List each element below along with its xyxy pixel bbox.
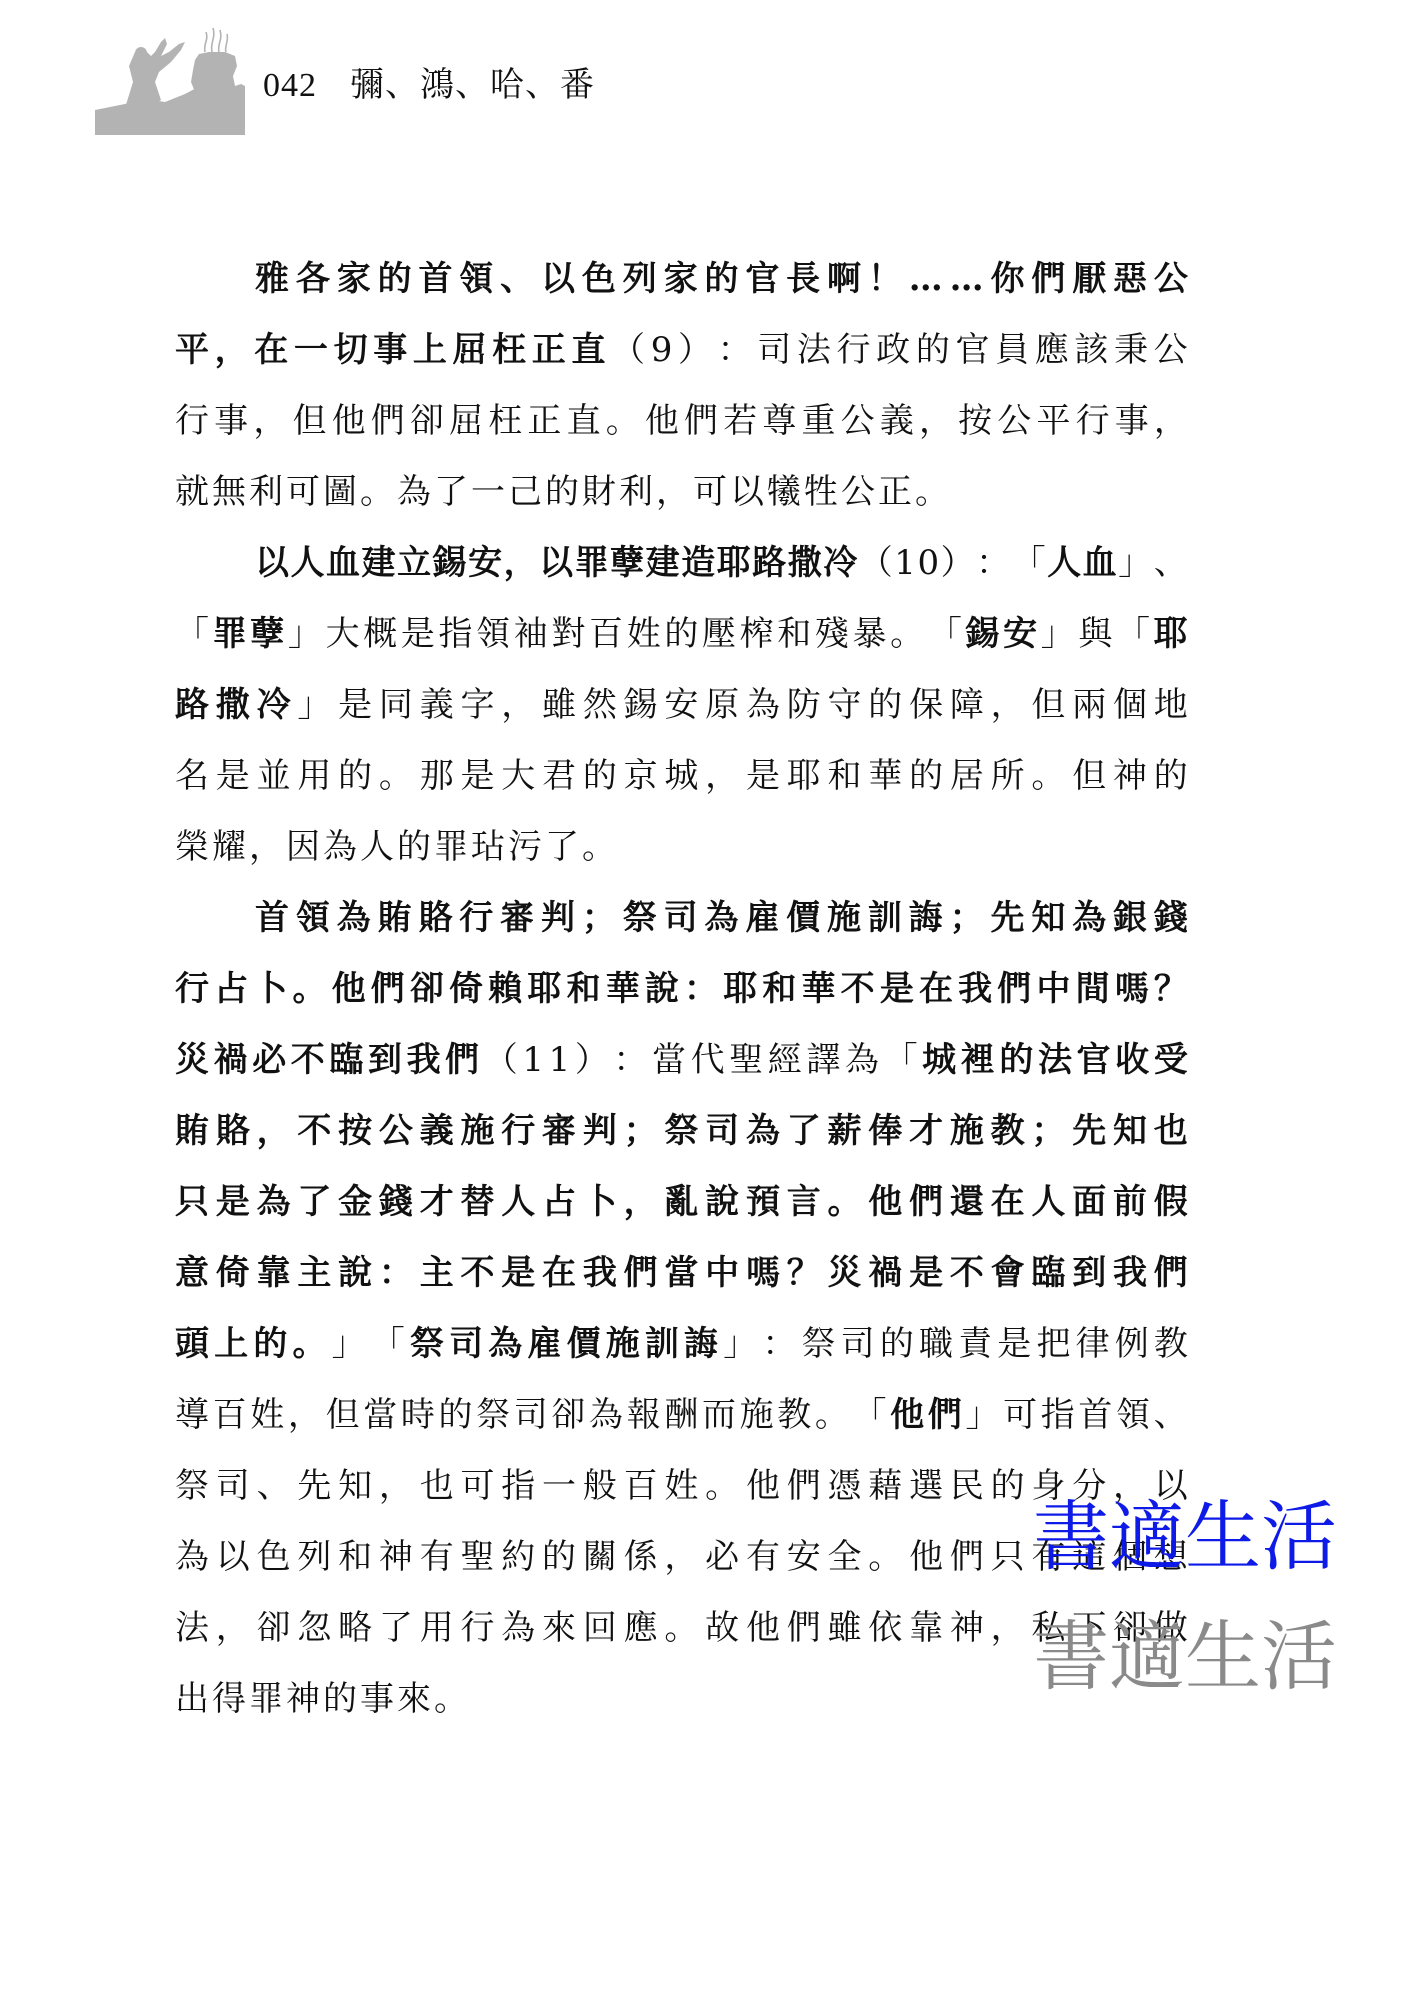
char: 玷 [471,821,505,892]
char: ， [501,679,535,750]
char: 該 [1074,324,1108,395]
char: 「 [175,608,209,679]
char: 為 [501,1602,535,1673]
bold-char: 冷 [257,679,291,750]
char: 了 [545,821,579,892]
char: 可 [460,1460,494,1531]
bold-char: 倚 [449,963,483,1034]
text-line: 導百姓，但當時的祭司卻為報酬而施教。「他們」可指首領、 [175,1389,1188,1460]
text-line: 行事，但他們卻屈枉正直。他們若尊重公義，按公平行事， [175,395,1188,466]
bold-char: 會 [991,1247,1025,1318]
bold-char: … [950,253,984,324]
char: 百 [589,608,623,679]
bold-char: ： [379,1247,413,1318]
bold-char: 司 [449,1318,483,1389]
char: 地 [1154,679,1188,750]
bold-char: 亂 [664,1176,698,1247]
bold-char: 為 [746,1105,780,1176]
bold-char: 罪 [213,608,247,679]
char: ， [664,1531,698,1602]
text-line: 只是為了金錢才替人占卜，亂說預言。他們還在人面前假 [175,1176,1188,1247]
bold-char: 直 [571,324,605,395]
bold-char: 們 [445,1034,479,1105]
bold-char: 施 [606,1318,640,1389]
char: ： [976,537,1010,608]
bold-char: 撒 [216,679,250,750]
char: 「 [1116,608,1150,679]
bold-char: 占 [542,1176,576,1247]
char: 公 [997,395,1031,466]
bold-char: 也 [1154,1105,1188,1176]
bold-char: 不 [297,1105,331,1176]
bold-char: 建 [646,537,680,608]
char: 是 [997,1318,1031,1389]
bold-char: 家 [664,253,698,324]
char: 榨 [740,608,774,679]
char: 「 [1012,537,1046,608]
char: 有 [420,1531,454,1602]
bold-char: 祭 [410,1318,444,1389]
char: ： [762,1318,796,1389]
char: 是 [401,608,435,679]
bold-char: 行 [175,963,209,1034]
char: 罪 [249,1673,283,1744]
bold-char: 人 [1031,1176,1065,1247]
char: 、 [257,1460,291,1531]
char: 就 [175,466,209,537]
char: ， [1154,395,1188,466]
char: 耀 [212,821,246,892]
text-line: 雅各家的首領、以色列家的官長啊！……你們厭惡公 [175,253,1188,324]
char: 約 [501,1531,535,1602]
bold-char: 領 [459,253,493,324]
char: 。 [890,608,924,679]
char: 略 [338,1602,372,1673]
text-line: 路撒冷」是同義字，雖然錫安原為防守的保障，但兩個地 [175,679,1188,750]
char: 是 [216,750,250,821]
char: 領 [1116,1389,1150,1460]
char: 以 [216,1531,250,1602]
char: 義 [880,395,914,466]
bold-char: 在 [991,1176,1025,1247]
bold-char: ， [624,1176,658,1247]
bold-char: 為 [1072,892,1106,963]
char: 秉 [1114,324,1148,395]
char: 責 [958,1318,992,1389]
char: 安 [664,679,698,750]
bold-char: 嗎 [1115,963,1149,1034]
bold-char: 知 [1113,1105,1147,1176]
char: 己 [508,466,542,537]
char: 9 [651,324,673,395]
char: 、 [1154,1389,1188,1460]
char: 故 [705,1602,739,1673]
char: 的 [583,750,617,821]
bold-char: 雅 [255,253,289,324]
char: 為 [397,466,431,537]
char: ） [941,537,975,608]
char: 律 [1076,1318,1110,1389]
char: 因 [286,821,320,892]
char: 法 [175,1602,209,1673]
char: 首 [1078,1389,1112,1460]
text-line: 意倚靠主說：主不是在我們當中嗎？災禍是不會臨到我們 [175,1247,1188,1318]
char: 列 [297,1531,331,1602]
bold-char: 人 [1047,537,1081,608]
char: 並 [257,750,291,821]
char: 當 [652,1034,686,1105]
bold-char: 雇 [527,1318,561,1389]
char: 直 [567,395,601,466]
bold-char: 公 [1154,253,1188,324]
char: 個 [1113,679,1147,750]
bold-char: 卜 [253,963,287,1034]
bold-char: 啊 [827,253,861,324]
char: 員 [995,324,1029,395]
char: 的 [397,821,431,892]
char: 1 [894,537,916,608]
char: 應 [1035,324,1069,395]
char: ， [656,466,690,537]
char: 忽 [297,1602,331,1673]
char: 雖 [828,1602,862,1673]
bold-char: 賴 [488,963,522,1034]
bold-char: 和 [567,963,601,1034]
bold-char: 我 [583,1247,617,1318]
char: 「 [884,1034,918,1105]
bold-char: 禍 [214,1034,248,1105]
bold-char: 他 [868,1176,902,1247]
bold-char: 中 [705,1247,739,1318]
char: 以 [730,466,764,537]
char: 必 [705,1531,739,1602]
bold-char: ， [257,1105,291,1176]
bold-char: 我 [958,963,992,1034]
char: 平 [1036,395,1070,466]
bold-char: 還 [950,1176,984,1247]
char: 司 [841,1318,875,1389]
char: 教 [777,1389,811,1460]
bold-char: 判 [541,892,575,963]
char: 神 [1113,750,1147,821]
char: ， [288,1389,322,1460]
char: ， [705,750,739,821]
bold-char: 審 [542,1105,576,1176]
char: 祭 [476,1389,510,1460]
char: ） [678,324,712,395]
page-number: 042 [263,67,317,104]
bold-char: 列 [623,253,657,324]
bold-char: 說 [645,963,679,1034]
bold-char: 不 [460,1247,494,1318]
bold-char: 造 [681,537,715,608]
char: 京 [624,750,658,821]
char: 可 [1003,1389,1037,1460]
bold-char: 切 [334,324,368,395]
bold-char: 教 [991,1105,1025,1176]
bold-char: 不 [841,963,875,1034]
char: 他 [909,1531,943,1602]
bold-char: 色 [582,253,616,324]
char: 」 [1041,608,1075,679]
bold-char: 賂 [216,1105,250,1176]
char: 那 [420,750,454,821]
char: 們 [684,395,718,466]
char: 君 [542,750,576,821]
char: 得 [212,1673,246,1744]
bold-char: 知 [1031,892,1065,963]
bold-char: 為 [704,892,738,963]
char: 行 [460,1602,494,1673]
char: 選 [909,1460,943,1531]
bold-char: 司 [664,892,698,963]
char: 壓 [702,608,736,679]
char: 姓 [664,1460,698,1531]
char: 是 [460,750,494,821]
bold-char: 了 [787,1105,821,1176]
char: 和 [777,608,811,679]
char: 為 [175,1531,209,1602]
bold-char: … [909,253,943,324]
bold-char: 官 [1077,1034,1111,1105]
char: 」 [723,1318,757,1389]
char: 。 [664,1602,698,1673]
bold-char: 人 [501,1176,535,1247]
char: 人 [360,821,394,892]
char: 正 [527,395,561,466]
bold-char: ？ [787,1247,821,1318]
char: 的 [323,1673,357,1744]
char: 用 [297,750,331,821]
char: 色 [257,1531,291,1602]
char: 事 [214,395,248,466]
bold-char: 是 [909,1247,943,1318]
char: 原 [705,679,739,750]
char: 領 [476,608,510,679]
char: 。 [606,395,640,466]
bold-char: 先 [1072,1105,1106,1176]
bold-char: 誨 [909,892,943,963]
char: 罪 [434,821,468,892]
bold-char: 當 [664,1247,698,1318]
char: 。 [434,1673,468,1744]
bold-char: 錢 [1154,892,1188,963]
char: 的 [1154,750,1188,821]
char: 的 [664,608,698,679]
char: 一 [542,1460,576,1531]
char: 「 [853,1389,887,1460]
bold-char: 首 [255,892,289,963]
char: 了 [379,1602,413,1673]
bold-char: 是 [880,963,914,1034]
bold-char: 錫 [965,608,999,679]
bold-char: 屈 [452,324,486,395]
bold-char: ； [950,892,984,963]
bold-char: 的 [378,253,412,324]
bold-char: 行 [501,1105,535,1176]
bold-char: 撒 [788,537,822,608]
bold-char: 耶 [717,537,751,608]
bold-char: 預 [746,1176,780,1247]
bold-char: 血 [1083,537,1117,608]
char: 祭 [175,1460,209,1531]
bold-char: 卻 [410,963,444,1034]
text-line: 榮耀，因為人的罪玷污了。 [175,821,1188,892]
bold-char: 祭 [664,1105,698,1176]
bold-char: 長 [786,253,820,324]
text-line: 賄賂，不按公義施行審判；祭司為了薪俸才施教；先知也 [175,1105,1188,1176]
bold-char: 主 [297,1247,331,1318]
char: 官 [955,324,989,395]
text-line: 災禍必不臨到我們（11）：當代聖經譯為「城裡的法官收受 [175,1034,1188,1105]
bold-char: 法 [1038,1034,1072,1105]
bold-char: ； [582,892,616,963]
char: ， [216,1602,250,1673]
char: 祭 [802,1318,836,1389]
char: 但 [1072,750,1106,821]
bold-char: 公 [379,1105,413,1176]
char: 的 [909,750,943,821]
char: 。 [705,1460,739,1531]
char: 卻 [257,1602,291,1673]
bold-char: 言 [787,1176,821,1247]
char: 法 [797,324,831,395]
char: 的 [991,1460,1025,1531]
text-line: 就無利可圖。為了一己的財利，可以犧牲公正。 [175,466,1188,537]
char: 防 [787,679,821,750]
char: 指 [438,608,472,679]
bold-char: 城 [922,1034,956,1105]
char: 卻 [551,1389,585,1460]
char: 一 [471,466,505,537]
char: 公 [841,395,875,466]
bold-char: 一 [294,324,328,395]
bold-char: 惡 [1113,253,1147,324]
char: 司 [514,1389,548,1460]
char: 他 [746,1602,780,1673]
bold-char: 嗎 [746,1247,780,1318]
char: 應 [624,1602,658,1673]
char: 是 [746,750,780,821]
char: 行 [1076,395,1110,466]
char: 居 [950,750,984,821]
char: 雖 [542,679,576,750]
bold-char: 訓 [868,892,902,963]
bold-char: 審 [500,892,534,963]
char: 。 [1031,750,1065,821]
running-header: 042 彌、鴻、哈、番 [263,64,595,108]
char: 們 [950,1531,984,1602]
char: 的 [868,679,902,750]
char: 當 [363,1389,397,1460]
bold-char: 賂 [418,892,452,963]
bold-char: 罪 [575,537,609,608]
bold-char: 官 [745,253,779,324]
char: 對 [551,608,585,679]
bold-char: 誨 [684,1318,718,1389]
bold-char: 人 [291,537,325,608]
bold-char: 的 [999,1034,1033,1105]
char: 係 [624,1531,658,1602]
bold-char: 雇 [745,892,779,963]
bold-char: 俸 [868,1105,902,1176]
bold-char: 先 [990,892,1024,963]
char: （ [484,1034,518,1105]
bold-char: 們 [928,1389,962,1460]
char: 和 [338,1531,372,1602]
bold-char: 的 [704,253,738,324]
char: 神 [379,1531,413,1602]
char: 把 [1036,1318,1070,1389]
char: 與 [1078,608,1112,679]
char: 來 [542,1602,576,1673]
char: 所 [991,750,1025,821]
bold-char: 以 [541,253,575,324]
char: 榮 [175,821,209,892]
char: （ [859,537,893,608]
char: 可 [286,466,320,537]
char: 錫 [624,679,658,750]
char: 「 [371,1318,405,1389]
bold-char: 耶 [723,963,757,1034]
bold-char: 賄 [175,1105,209,1176]
char: 姓 [250,1389,284,1460]
char: 靠 [909,1602,943,1673]
bold-char: 說 [705,1176,739,1247]
char: 正 [878,466,912,537]
bold-char: 。 [292,1318,326,1389]
char: 職 [919,1318,953,1389]
char: 他 [645,395,679,466]
bold-char: 價 [567,1318,601,1389]
char: ） [575,1034,609,1105]
char: 1 [522,1034,544,1105]
bold-char: 為 [488,1318,522,1389]
char: 1 [549,1034,571,1105]
bold-char: 。 [828,1176,862,1247]
char: 。 [582,821,616,892]
char: 若 [723,395,757,466]
bold-char: 才 [909,1105,943,1176]
char: 而 [702,1389,736,1460]
bold-char: 血 [326,537,360,608]
bold-char: 面 [1072,1176,1106,1247]
char: 暴 [853,608,887,679]
char: 般 [583,1460,617,1531]
char: 姓 [627,608,661,679]
bold-char: 路 [752,537,786,608]
char: 民 [950,1460,984,1531]
char: 」 [965,1389,999,1460]
bold-char: 災 [828,1247,862,1318]
bold-char: 是 [501,1247,535,1318]
text-line: 行占卜。他們卻倚賴耶和華說：耶和華不是在我們中間嗎？ [175,963,1188,1034]
bold-char: 禍 [868,1247,902,1318]
char: 耶 [787,750,821,821]
char: 指 [501,1460,535,1531]
char: 為 [323,821,357,892]
bold-char: 我 [407,1034,441,1105]
char: 。 [815,1389,849,1460]
char: 時 [401,1389,435,1460]
char: 指 [1041,1389,1075,1460]
char: 教 [1154,1318,1188,1389]
bold-char: 們 [624,1247,658,1318]
bold-char: 上 [214,1318,248,1389]
bold-char: 是 [216,1176,250,1247]
char: 保 [909,679,943,750]
char: 他 [746,1460,780,1531]
